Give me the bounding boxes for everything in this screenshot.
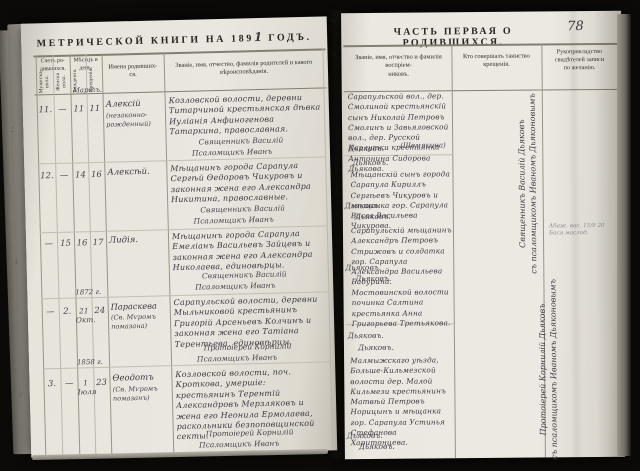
row2-name: Алексѣй. xyxy=(107,166,165,177)
column-header-names-line2: ся. xyxy=(102,71,164,81)
row5-year-note: 1858 г. xyxy=(77,357,125,366)
edge-mark: 4 xyxy=(14,258,18,266)
row2-parents: Мѣщанинъ города Сарапула Сергѣй Ѳедоровъ… xyxy=(170,160,323,205)
rule xyxy=(36,55,47,457)
row3-parents: Мѣщанинъ города Сарапула Емеліанъ Василь… xyxy=(172,228,325,273)
row1-count-female: — xyxy=(54,105,71,115)
row4-count-male: — xyxy=(42,307,59,317)
metrical-book-scan: 2 4 6 МЕТРИЧЕСКОЙ КНИГИ НА 1891ГОДЪ. Сче… xyxy=(0,0,640,464)
row1-name: Алексій xyxy=(106,98,164,109)
row4-name: Параскева xyxy=(111,300,169,311)
column-header-godparents-line1: Званіе, имя, отчество и фамилія воспріем… xyxy=(347,53,449,71)
title-suffix: ГОДЪ. xyxy=(268,32,312,44)
year-digit-handwritten: 1 xyxy=(254,30,263,44)
row5-name: Ѳеодотъ xyxy=(112,372,170,383)
row4-name-note: (Св. Мѵромъ помазана) xyxy=(111,312,167,331)
godparents-row5-signature-top: Дьяковъ. xyxy=(358,343,394,352)
row3-date-born: 16 xyxy=(74,238,90,248)
column-header-godparents-line2: никовъ. xyxy=(348,70,450,79)
row3-clergy-psalmist: Псаломщикъ Иванъ xyxy=(195,280,320,292)
godparents-row4-signature-top: Дьяковъ. xyxy=(355,274,391,283)
column-header-officiant-line2: крещенія. xyxy=(453,61,539,70)
row4-count-female: 2. xyxy=(59,307,76,317)
godparents-row2-signature: Дьяковъ. xyxy=(345,201,381,210)
godparents-row3-signature: Дьяковъ. xyxy=(345,263,381,272)
row3-name: Лидія. xyxy=(109,234,167,245)
row4-date-born: 21 Окт. xyxy=(76,306,92,324)
row1-date-born: 11 xyxy=(71,104,87,114)
row1-clergy-psalmist: Псаломщикъ Иванъ xyxy=(192,146,317,158)
row1-parents: Козловской волости, деревни Титарчиной к… xyxy=(169,92,322,137)
godparents-row4: Мостовинской волости починка Салтина кре… xyxy=(351,287,453,329)
row1-count-male: 11. xyxy=(37,105,54,115)
column-header-names: Имена родивших- ся. xyxy=(102,62,164,80)
row2-date-baptized: 16 xyxy=(88,170,104,180)
officiant-note-lower: Протоіерей Корнилій Дьяковъ съ псаломщик… xyxy=(536,269,562,464)
officiant-upper-line2: съ псаломщикомъ Иваномъ Дьяконовымъ xyxy=(527,79,540,289)
row3-count-female: 15 xyxy=(57,239,74,249)
officiant-note-upper: Священникъ Василій Дьяковъ съ псаломщико… xyxy=(516,78,542,288)
title-prefix: МЕТРИЧЕСКОЙ КНИГИ НА 189 xyxy=(37,33,255,49)
godparents-row5-signature: Дьяковъ. xyxy=(347,431,383,440)
row5-date-born: 1 Іюля xyxy=(77,378,93,396)
row2-date-born: 14 xyxy=(72,170,88,180)
row3-count-male: — xyxy=(40,239,57,249)
row5-date-baptized: 23 xyxy=(93,378,109,388)
row4-clergy-priest: Протоіерей Корнилій xyxy=(204,340,329,352)
row4-date-baptized: 24 xyxy=(92,306,108,316)
metrical-book-title: МЕТРИЧЕСКОЙ КНИГИ НА 1891ГОДЪ. xyxy=(29,29,319,50)
godparents-row1-note: (Шемякина) xyxy=(400,141,446,149)
row4-year-note: 1872 г. xyxy=(75,287,123,296)
row5-name-note: (Св. Мѵромъ помазанъ) xyxy=(113,384,169,403)
column-header-female: Женска пола. xyxy=(55,70,68,93)
godparents-row2-signature-top: Дьяковъ. xyxy=(352,158,388,167)
row1-clergy-priest: Священникъ Василій xyxy=(199,134,324,146)
officiant-lower-line2: съ псаломщикомъ Иваномъ Дьяконовымъ xyxy=(547,269,560,464)
row5-clergy-psalmist: Псаломщикъ Иванъ xyxy=(199,438,324,450)
edge-mark: 2 xyxy=(10,126,14,134)
row1-name-note: (незаконно- рожденный) xyxy=(106,110,162,129)
godparents-row1-signature: Дьяковъ. xyxy=(348,144,384,153)
godparents-row3-signature-top: Дьяковъ. xyxy=(355,212,391,221)
left-page: МЕТРИЧЕСКОЙ КНИГИ НА 1891ГОДЪ. Счетъ ро-… xyxy=(21,16,338,457)
page-crease xyxy=(567,11,583,457)
column-header-parents: Званіе, имя, отчество, фамилія родителей… xyxy=(166,58,322,78)
row5-count-male: 3. xyxy=(43,379,60,389)
row2-count-female: — xyxy=(55,171,72,181)
row5-count-female: — xyxy=(60,379,77,389)
edge-mark: 6 xyxy=(18,392,22,400)
column-header-godparents: Званіе, имя, отчество и фамилія воспріем… xyxy=(347,53,449,79)
row1-date-baptized: 11 xyxy=(87,104,103,114)
row3-clergy-priest: Священникъ Василій xyxy=(202,268,327,280)
godparents-row4-signature: Дьяковъ. xyxy=(348,331,384,340)
row2-clergy-psalmist: Псаломщикъ Иванъ xyxy=(194,214,319,226)
godparents-row5-signature-2: Дьяковъ. xyxy=(359,442,395,451)
row3-date-baptized: 17 xyxy=(90,238,106,248)
month-label: Мартъ. xyxy=(68,86,106,95)
column-header-male: Мужеска пола. xyxy=(38,70,51,93)
column-header-officiant: Кто совершалъ таинство крещенія. xyxy=(453,53,539,70)
row2-count-male: 12. xyxy=(38,171,55,181)
row2-clergy-priest: Священникъ Василій xyxy=(200,202,325,214)
rule xyxy=(53,55,64,457)
page-stack-right xyxy=(617,14,631,456)
right-page: ЧАСТЬ ПЕРВАЯ О РОДИВШИХСЯ. 78 Званіе, им… xyxy=(341,11,625,459)
table-top-rule xyxy=(34,48,326,57)
